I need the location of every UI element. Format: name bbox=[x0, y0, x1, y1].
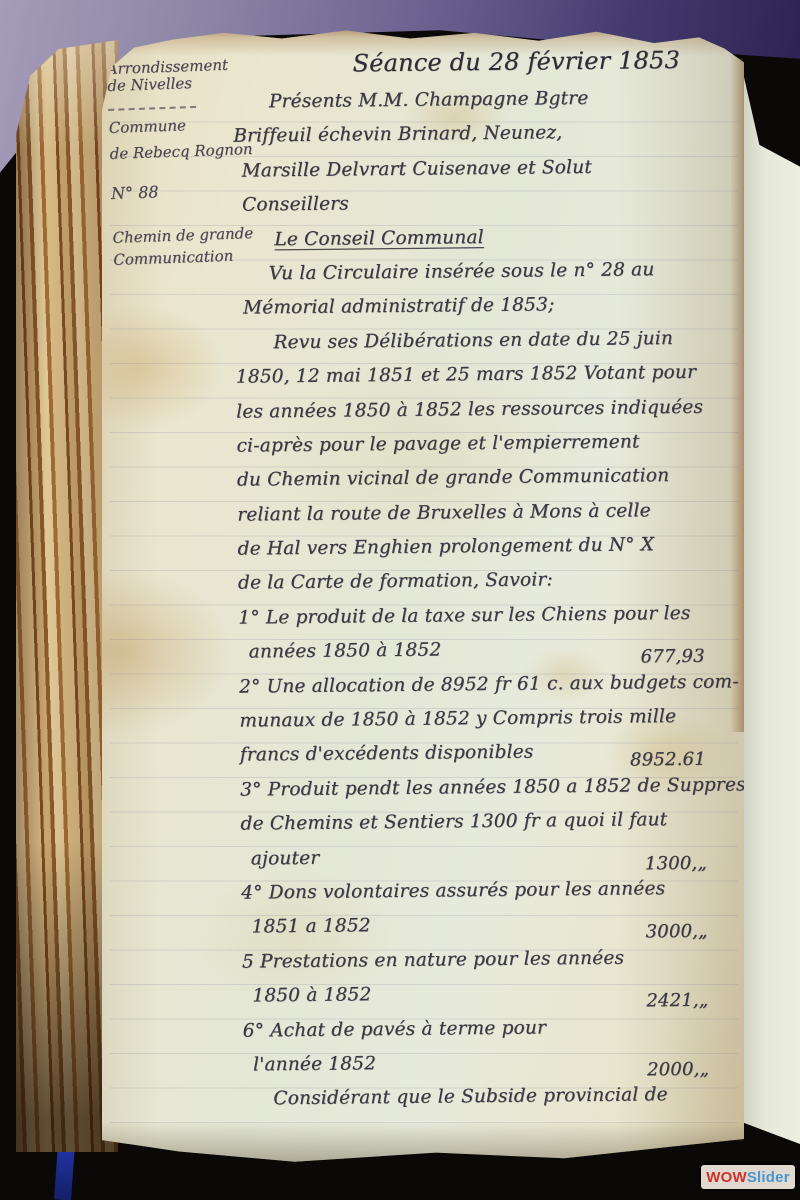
manuscript-line: 1851 a 18523000,„ bbox=[241, 912, 743, 952]
manuscript-line: l'année 18522000,„ bbox=[243, 1049, 745, 1089]
bottom-shadow bbox=[102, 1122, 744, 1164]
line-text: 4° Dons volontaires assurés pour les ann… bbox=[241, 878, 665, 903]
watermark-slider-text: Slider bbox=[747, 1169, 790, 1186]
line-text: 1° Le produit de la taxe sur les Chiens … bbox=[238, 603, 690, 629]
line-text: 1850, 12 mai 1851 et 25 mars 1852 Votant… bbox=[236, 362, 696, 388]
manuscript-line: du Chemin vicinal de grande Communicatio… bbox=[237, 465, 739, 505]
manuscript-line: années 1850 à 1852677,93 bbox=[239, 637, 741, 677]
manuscript-line: les années 1850 à 1852 les ressources in… bbox=[236, 396, 738, 436]
manuscript-line: 1° Le produit de la taxe sur les Chiens … bbox=[238, 602, 740, 642]
line-text: de Chemins et Sentiers 1300 fr a quoi il… bbox=[240, 809, 667, 834]
line-text: de la Carte de formation, Savoir: bbox=[238, 570, 553, 594]
line-text: années 1850 à 1852 bbox=[249, 640, 442, 663]
line-text: Conseillers bbox=[242, 194, 349, 216]
amount-value: 677,93 bbox=[640, 646, 704, 668]
manuscript-line: Briffeuil échevin Brinard, Neunez, bbox=[233, 121, 735, 161]
line-text: 1850 à 1852 bbox=[252, 984, 371, 1006]
amount-value: 8952.61 bbox=[630, 749, 706, 771]
line-text: Mémorial administratif de 1853; bbox=[243, 295, 555, 319]
line-text: les années 1850 à 1852 les ressources in… bbox=[236, 396, 703, 422]
manuscript-line: Considérant que le Subside provincial de bbox=[243, 1084, 745, 1124]
manuscript-line: de Chemins et Sentiers 1300 fr a quoi il… bbox=[240, 809, 742, 849]
line-text: Revu ses Délibérations en date du 25 jui… bbox=[273, 328, 673, 353]
line-text: reliant la route de Bruxelles à Mons à c… bbox=[237, 500, 651, 525]
manuscript-line: Le Conseil Communal bbox=[234, 224, 736, 264]
line-text: Vu la Circulaire insérée sous le n° 28 a… bbox=[269, 259, 655, 284]
amount-value: 2000,„ bbox=[647, 1059, 709, 1081]
line-text: Marsille Delvrart Cuisenave et Solut bbox=[242, 157, 592, 182]
manuscript-line: Mémorial administratif de 1853; bbox=[235, 293, 737, 333]
manuscript-line: ci-après pour le pavage et l'empierremen… bbox=[236, 430, 738, 470]
line-text: 2° Une allocation de 8952 fr 61 c. aux b… bbox=[239, 671, 739, 697]
amount-value: 1300,„ bbox=[645, 852, 707, 874]
manuscript-line: 5 Prestations en nature pour les années bbox=[242, 946, 744, 986]
manuscript-line: Conseillers bbox=[234, 190, 736, 230]
line-text: Briffeuil échevin Brinard, Neunez, bbox=[233, 123, 562, 147]
line-text: francs d'excédents disponibles bbox=[240, 742, 534, 766]
wowslider-watermark[interactable]: WOWSlider bbox=[701, 1165, 795, 1189]
line-text: 5 Prestations en nature pour les années bbox=[242, 947, 624, 972]
next-page-edge bbox=[742, 52, 800, 1144]
amount-value: 3000,„ bbox=[645, 921, 707, 943]
watermark-wow-text: WOW bbox=[706, 1169, 747, 1186]
line-text: Le Conseil Communal bbox=[274, 227, 484, 250]
manuscript-line: francs d'excédents disponibles8952.61 bbox=[240, 740, 742, 780]
line-text: Considérant que le Subside provincial de bbox=[273, 1084, 668, 1109]
line-text: 6° Achat de pavés à terme pour bbox=[243, 1017, 547, 1041]
amount-value: 2421,„ bbox=[646, 990, 708, 1012]
line-text: 3° Produit pendt les années 1850 a 1852 … bbox=[240, 774, 785, 801]
manuscript-line: ajouter1300,„ bbox=[241, 843, 743, 883]
manuscript-line: munaux de 1850 à 1852 y Compris trois mi… bbox=[239, 705, 741, 745]
manuscript-line: Marsille Delvrart Cuisenave et Solut bbox=[234, 155, 736, 195]
manuscript-line: 3° Produit pendt les années 1850 a 1852 … bbox=[240, 774, 742, 814]
manuscript-line: 6° Achat de pavés à terme pour bbox=[243, 1015, 745, 1055]
manuscript-line: de Hal vers Enghien prolongement du N° X bbox=[238, 533, 740, 573]
line-text: munaux de 1850 à 1852 y Compris trois mi… bbox=[239, 706, 676, 732]
manuscript-line: reliant la route de Bruxelles à Mons à c… bbox=[237, 499, 739, 539]
manuscript-line: Présents M.M. Champagne Bgtre bbox=[233, 86, 735, 126]
manuscript-line: Revu ses Délibérations en date du 25 jui… bbox=[235, 327, 737, 367]
manuscript-line: 4° Dons volontaires assurés pour les ann… bbox=[241, 877, 743, 917]
manuscript-line: Vu la Circulaire insérée sous le n° 28 a… bbox=[235, 258, 737, 298]
line-text: ajouter bbox=[251, 847, 320, 869]
line-text: de Hal vers Enghien prolongement du N° X bbox=[238, 534, 655, 559]
line-text: ci-après pour le pavage et l'empierremen… bbox=[236, 431, 639, 456]
margin-divider bbox=[108, 106, 196, 111]
manuscript-line: 1850 à 18522421,„ bbox=[242, 981, 744, 1021]
session-title: Séance du 28 février 1853 bbox=[232, 45, 734, 91]
manuscript-page: Arrondissement de Nivelles Commune de Re… bbox=[102, 26, 744, 1164]
manuscript-line: de la Carte de formation, Savoir: bbox=[238, 568, 740, 608]
line-text: du Chemin vicinal de grande Communicatio… bbox=[237, 465, 670, 491]
manuscript-line: 1850, 12 mai 1851 et 25 mars 1852 Votant… bbox=[236, 362, 738, 402]
line-text: Présents M.M. Champagne Bgtre bbox=[269, 88, 589, 112]
line-text: l'année 1852 bbox=[253, 1053, 376, 1075]
line-text: 1851 a 1852 bbox=[251, 916, 370, 938]
manuscript-body: Séance du 28 février 1853 Présents M.M. … bbox=[232, 45, 745, 1123]
photo-of-register-page: Arrondissement de Nivelles Commune de Re… bbox=[0, 0, 800, 1200]
manuscript-line: 2° Une allocation de 8952 fr 61 c. aux b… bbox=[239, 671, 741, 711]
